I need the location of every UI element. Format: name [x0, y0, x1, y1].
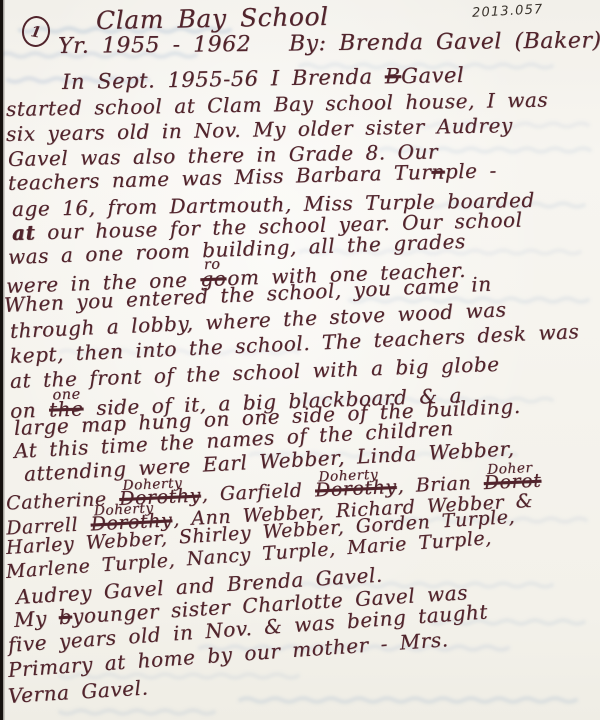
page-number: 1: [29, 22, 42, 42]
struck-out-text: B: [385, 64, 402, 88]
struck-out-text: n: [431, 160, 445, 184]
overwritten-text: at: [12, 220, 36, 245]
accession-number: 2013.057: [472, 2, 544, 21]
document-title: Clam Bay School: [96, 2, 329, 35]
scan-edge-shadow: [0, 0, 5, 720]
struck-out-text: b: [58, 604, 73, 629]
page-number-circled: 1: [20, 14, 53, 49]
document-subtitle: Yr. 1955 - 1962 By: Brenda Gavel (Baker): [58, 28, 600, 59]
scanned-handwritten-page: 1 Clam Bay School Yr. 1955 - 1962 By: Br…: [0, 0, 600, 720]
